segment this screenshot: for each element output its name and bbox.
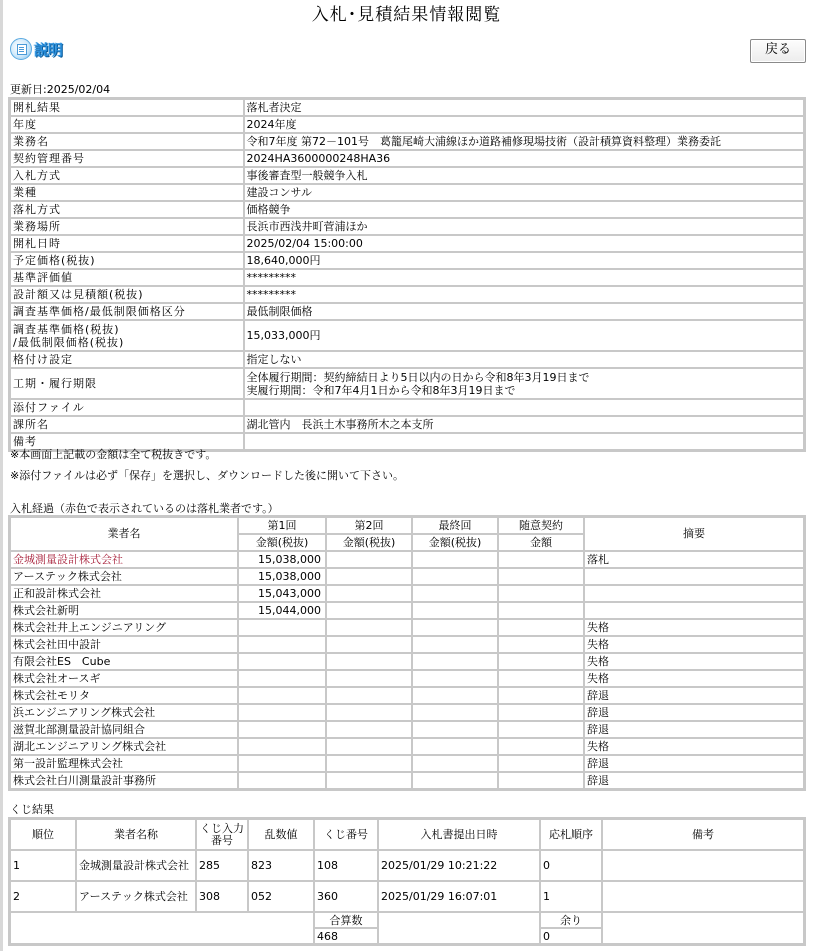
round1-amount <box>238 653 326 670</box>
negotiated-amount <box>498 687 584 704</box>
info-label: 設計額又は見積額(税抜) <box>10 286 244 303</box>
help-label: 説明 <box>34 39 62 60</box>
bid-order-cell: 0 <box>540 850 602 881</box>
bid-remarks: 辞退 <box>584 704 804 721</box>
round1-amount <box>238 755 326 772</box>
info-value-text: 15,033,000円 <box>247 329 801 342</box>
random-value-cell: 823 <box>248 850 314 881</box>
info-row: 基準評価値********* <box>10 269 804 286</box>
info-label: 契約管理番号 <box>10 150 244 167</box>
info-label: 年度 <box>10 116 244 133</box>
negotiated-amount <box>498 602 584 619</box>
info-label-text: 開札結果 <box>13 101 241 115</box>
tax-note: ※本画面上記載の金額は全て税抜きです。 <box>10 446 216 462</box>
round1-amount: 15,038,000 <box>238 551 326 568</box>
col-negotiated-amount: 金額 <box>498 534 584 551</box>
bid-row: アーステック株式会社15,038,000 <box>10 568 804 585</box>
col-random-value: 乱数値 <box>248 819 314 850</box>
bidder-name: 浜エンジニアリング株式会社 <box>10 704 238 721</box>
bid-remarks: 失格 <box>584 670 804 687</box>
random-value-cell: 052 <box>248 881 314 912</box>
negotiated-amount <box>498 568 584 585</box>
info-value <box>244 433 804 450</box>
round2-amount <box>326 585 412 602</box>
remainder-label: 余り <box>540 912 602 928</box>
round1-amount <box>238 721 326 738</box>
info-label: 開札日時 <box>10 235 244 252</box>
total-value: 468 <box>314 928 378 944</box>
bidder-name: 株式会社井上エンジニアリング <box>10 619 238 636</box>
bidder-name: アーステック株式会社 <box>10 568 238 585</box>
round1-amount <box>238 738 326 755</box>
info-value: 全体履行期間：契約締結日より5日以内の日から令和8年3月19日まで実履行期間：令… <box>244 368 804 399</box>
bidder-name: 株式会社田中設計 <box>10 636 238 653</box>
bid-remarks: 辞退 <box>584 755 804 772</box>
info-value-text-2: 実履行期間：令和7年4月1日から令和8年3月19日まで <box>247 384 801 397</box>
bid-remarks <box>584 585 804 602</box>
lottery-input-number-cell: 285 <box>196 850 248 881</box>
summary-spacer <box>10 912 314 944</box>
info-label-text: 添付ファイル <box>13 401 241 415</box>
bidder-name: 金城測量設計株式会社 <box>10 551 238 568</box>
bid-row: 湖北エンジニアリング株式会社失格 <box>10 738 804 755</box>
info-label-text: 格付け設定 <box>13 353 241 367</box>
final-amount <box>412 568 498 585</box>
col-remarks: 備考 <box>602 819 804 850</box>
round2-amount <box>326 755 412 772</box>
info-label-text: 工期・履行期限 <box>13 377 241 390</box>
round1-amount: 15,043,000 <box>238 585 326 602</box>
info-row: 落札方式価格競争 <box>10 201 804 218</box>
bid-row: 金城測量設計株式会社15,038,000落札 <box>10 551 804 568</box>
info-value-text: ********* <box>247 271 801 285</box>
lottery-remarks-cell <box>602 850 804 881</box>
info-value-text: 全体履行期間：契約締結日より5日以内の日から令和8年3月19日まで <box>247 371 801 384</box>
info-value-text: 価格競争 <box>247 203 801 217</box>
final-amount <box>412 738 498 755</box>
info-row: 調査基準価格(税抜)/最低制限価格(税抜)15,033,000円 <box>10 320 804 351</box>
round1-amount: 15,038,000 <box>238 568 326 585</box>
bid-remarks: 失格 <box>584 619 804 636</box>
lottery-number-cell: 108 <box>314 850 378 881</box>
bidder-name: 株式会社モリタ <box>10 687 238 704</box>
page-title: 入札･見積結果情報閲覧 <box>0 3 813 27</box>
info-label-text: 調査基準価格(税抜) <box>13 323 241 336</box>
back-button[interactable]: 戻る <box>750 39 806 63</box>
lottery-table: 順位 業者名称 くじ入力番号 乱数値 くじ番号 入札書提出日時 応札順序 備考 … <box>8 817 806 946</box>
bidder-name: 正和設計株式会社 <box>10 585 238 602</box>
info-value-text: 湖北管内 長浜土木事務所木之本支所 <box>247 418 801 432</box>
negotiated-amount <box>498 653 584 670</box>
negotiated-amount <box>498 738 584 755</box>
negotiated-amount <box>498 670 584 687</box>
final-amount <box>412 704 498 721</box>
round2-amount <box>326 721 412 738</box>
final-amount <box>412 585 498 602</box>
info-value-text: 長浜市西浅井町菅浦ほか <box>247 220 801 234</box>
lottery-row: 2アーステック株式会社3080523602025/01/29 16:07:011 <box>10 881 804 912</box>
info-row: 添付ファイル <box>10 399 804 416</box>
negotiated-amount <box>498 772 584 789</box>
info-label-text-2: /最低制限価格(税抜) <box>13 336 241 349</box>
negotiated-amount <box>498 636 584 653</box>
info-label-text: 契約管理番号 <box>13 152 241 166</box>
col-lottery-input-number: くじ入力番号 <box>196 819 248 850</box>
info-value-text: 落札者決定 <box>247 101 801 115</box>
col-round2: 第2回 <box>326 517 412 534</box>
col-round1: 第1回 <box>238 517 326 534</box>
final-amount <box>412 755 498 772</box>
info-value-text: 建設コンサル <box>247 186 801 200</box>
negotiated-amount <box>498 551 584 568</box>
info-value: 事後審査型一般競争入札 <box>244 167 804 184</box>
bid-remarks: 落札 <box>584 551 804 568</box>
lottery-caption: くじ結果 <box>10 801 54 817</box>
round2-amount <box>326 568 412 585</box>
info-label-text: 設計額又は見積額(税抜) <box>13 288 241 302</box>
bid-remarks: 失格 <box>584 738 804 755</box>
bid-row: 株式会社オースギ失格 <box>10 670 804 687</box>
round2-amount <box>326 636 412 653</box>
remainder-value: 0 <box>540 928 602 944</box>
info-label: 予定価格(税抜) <box>10 252 244 269</box>
final-amount <box>412 687 498 704</box>
final-amount <box>412 619 498 636</box>
info-value: ********* <box>244 269 804 286</box>
negotiated-amount <box>498 755 584 772</box>
summary-spacer-3 <box>602 912 804 944</box>
bid-row: 株式会社田中設計失格 <box>10 636 804 653</box>
info-value[interactable] <box>244 399 804 416</box>
submitted-at-cell: 2025/01/29 10:21:22 <box>378 850 540 881</box>
info-value: 建設コンサル <box>244 184 804 201</box>
info-label: 添付ファイル <box>10 399 244 416</box>
info-label: 入札方式 <box>10 167 244 184</box>
final-amount <box>412 721 498 738</box>
col-round2-amount: 金額(税抜) <box>326 534 412 551</box>
info-value: 2024年度 <box>244 116 804 133</box>
round2-amount <box>326 704 412 721</box>
col-negotiated: 随意契約 <box>498 517 584 534</box>
document-icon <box>10 38 32 60</box>
info-label-text: 基準評価値 <box>13 271 241 285</box>
company-name-cell: アーステック株式会社 <box>76 881 196 912</box>
negotiated-amount <box>498 704 584 721</box>
info-value-text: 2024年度 <box>247 118 801 132</box>
info-label-text: 業務場所 <box>13 220 241 234</box>
info-label-text: 入札方式 <box>13 169 241 183</box>
info-label-text: 課所名 <box>13 418 241 432</box>
info-label-text: 業務名 <box>13 135 241 149</box>
col-final: 最終回 <box>412 517 498 534</box>
info-row: 年度2024年度 <box>10 116 804 133</box>
info-label: 課所名 <box>10 416 244 433</box>
final-amount <box>412 602 498 619</box>
company-name-cell: 金城測量設計株式会社 <box>76 850 196 881</box>
info-value: 指定しない <box>244 351 804 368</box>
info-value-text: 令和7年度 第72－101号 葛籠尾崎大浦線ほか道路補修現場技術（設計積算資料整… <box>247 135 801 149</box>
col-remarks: 摘要 <box>584 517 804 551</box>
total-label: 合算数 <box>314 912 378 928</box>
bid-history-caption: 入札経過（赤色で表示されているのは落札業者です。） <box>10 500 279 516</box>
col-final-amount: 金額(税抜) <box>412 534 498 551</box>
info-value: 18,640,000円 <box>244 252 804 269</box>
info-label-text: 業種 <box>13 186 241 200</box>
info-value-text: ********* <box>247 288 801 302</box>
info-value-text: 指定しない <box>247 353 801 367</box>
round2-amount <box>326 738 412 755</box>
rank-cell: 2 <box>10 881 76 912</box>
final-amount <box>412 653 498 670</box>
info-value: 落札者決定 <box>244 99 804 116</box>
info-row: 工期・履行期限全体履行期間：契約締結日より5日以内の日から令和8年3月19日まで… <box>10 368 804 399</box>
bid-order-cell: 1 <box>540 881 602 912</box>
final-amount <box>412 670 498 687</box>
info-label: 調査基準価格(税抜)/最低制限価格(税抜) <box>10 320 244 351</box>
lottery-number-cell: 360 <box>314 881 378 912</box>
bid-remarks: 失格 <box>584 653 804 670</box>
info-value: 湖北管内 長浜土木事務所木之本支所 <box>244 416 804 433</box>
info-value: 令和7年度 第72－101号 葛籠尾崎大浦線ほか道路補修現場技術（設計積算資料整… <box>244 133 804 150</box>
round1-amount <box>238 619 326 636</box>
info-row: 開札日時2025/02/04 15:00:00 <box>10 235 804 252</box>
info-label: 開札結果 <box>10 99 244 116</box>
round2-amount <box>326 602 412 619</box>
info-row: 格付け設定指定しない <box>10 351 804 368</box>
info-row: 業務名令和7年度 第72－101号 葛籠尾崎大浦線ほか道路補修現場技術（設計積算… <box>10 133 804 150</box>
bidder-name: 滋賀北部測量設計協同組合 <box>10 721 238 738</box>
col-submitted-at: 入札書提出日時 <box>378 819 540 850</box>
bid-remarks: 辞退 <box>584 687 804 704</box>
bid-row: 第一設計監理株式会社辞退 <box>10 755 804 772</box>
bid-info-table: 開札結果落札者決定年度2024年度業務名令和7年度 第72－101号 葛籠尾崎大… <box>8 97 806 452</box>
submitted-at-cell: 2025/01/29 16:07:01 <box>378 881 540 912</box>
info-row: 設計額又は見積額(税抜)********* <box>10 286 804 303</box>
attachment-note: ※添付ファイルは必ず「保存」を選択し、ダウンロードした後に開いて下さい。 <box>10 467 404 483</box>
round2-amount <box>326 670 412 687</box>
window-left-edge <box>0 0 3 951</box>
bid-row: 株式会社井上エンジニアリング失格 <box>10 619 804 636</box>
bidder-name: 第一設計監理株式会社 <box>10 755 238 772</box>
info-value: 価格競争 <box>244 201 804 218</box>
lottery-remarks-cell <box>602 881 804 912</box>
col-bid-order: 応札順序 <box>540 819 602 850</box>
info-value: ********* <box>244 286 804 303</box>
info-label-text: 調査基準価格/最低制限価格区分 <box>13 305 241 319</box>
bid-row: 浜エンジニアリング株式会社辞退 <box>10 704 804 721</box>
round2-amount <box>326 551 412 568</box>
info-value-text: 2024HA3600000248HA36 <box>247 152 801 166</box>
bid-row: 株式会社モリタ辞退 <box>10 687 804 704</box>
info-value: 最低制限価格 <box>244 303 804 320</box>
info-row: 調査基準価格/最低制限価格区分最低制限価格 <box>10 303 804 320</box>
bidder-name: 株式会社新明 <box>10 602 238 619</box>
info-value: 長浜市西浅井町菅浦ほか <box>244 218 804 235</box>
bid-remarks: 辞退 <box>584 721 804 738</box>
bid-history-table: 業者名 第1回 第2回 最終回 随意契約 摘要 金額(税抜) 金額(税抜) 金額… <box>8 515 806 791</box>
bidder-name: 株式会社オースギ <box>10 670 238 687</box>
round2-amount <box>326 653 412 670</box>
col-round1-amount: 金額(税抜) <box>238 534 326 551</box>
info-label: 業務場所 <box>10 218 244 235</box>
bid-row: 株式会社白川測量設計事務所辞退 <box>10 772 804 789</box>
info-label: 業務名 <box>10 133 244 150</box>
round1-amount <box>238 704 326 721</box>
info-value: 2025/02/04 15:00:00 <box>244 235 804 252</box>
final-amount <box>412 636 498 653</box>
info-label: 格付け設定 <box>10 351 244 368</box>
updated-date: 更新日:2025/02/04 <box>10 81 110 97</box>
round2-amount <box>326 619 412 636</box>
info-label: 業種 <box>10 184 244 201</box>
info-row: 契約管理番号2024HA3600000248HA36 <box>10 150 804 167</box>
lottery-input-number-cell: 308 <box>196 881 248 912</box>
rank-cell: 1 <box>10 850 76 881</box>
info-row: 業種建設コンサル <box>10 184 804 201</box>
bid-row: 正和設計株式会社15,043,000 <box>10 585 804 602</box>
final-amount <box>412 772 498 789</box>
final-amount <box>412 551 498 568</box>
col-rank: 順位 <box>10 819 76 850</box>
bidder-name: 湖北エンジニアリング株式会社 <box>10 738 238 755</box>
bid-row: 株式会社新明15,044,000 <box>10 602 804 619</box>
info-value-text: 最低制限価格 <box>247 305 801 319</box>
info-label-text: 落札方式 <box>13 203 241 217</box>
summary-spacer-2 <box>378 912 540 944</box>
info-label: 工期・履行期限 <box>10 368 244 399</box>
info-label: 調査基準価格/最低制限価格区分 <box>10 303 244 320</box>
round1-amount: 15,044,000 <box>238 602 326 619</box>
bidder-name: 株式会社白川測量設計事務所 <box>10 772 238 789</box>
round1-amount <box>238 670 326 687</box>
round1-amount <box>238 687 326 704</box>
negotiated-amount <box>498 721 584 738</box>
info-row: 開札結果落札者決定 <box>10 99 804 116</box>
info-label-text: 開札日時 <box>13 237 241 251</box>
info-label-text: 年度 <box>13 118 241 132</box>
negotiated-amount <box>498 619 584 636</box>
info-value: 2024HA3600000248HA36 <box>244 150 804 167</box>
bid-row: 有限会社ES Cube失格 <box>10 653 804 670</box>
col-company: 業者名 <box>10 517 238 551</box>
bid-row: 滋賀北部測量設計協同組合辞退 <box>10 721 804 738</box>
info-row: 入札方式事後審査型一般競争入札 <box>10 167 804 184</box>
negotiated-amount <box>498 585 584 602</box>
round1-amount <box>238 636 326 653</box>
bid-remarks <box>584 568 804 585</box>
bid-remarks <box>584 602 804 619</box>
info-label: 基準評価値 <box>10 269 244 286</box>
info-row: 課所名湖北管内 長浜土木事務所木之本支所 <box>10 416 804 433</box>
help-link[interactable]: 説明 <box>10 38 62 60</box>
bid-remarks: 辞退 <box>584 772 804 789</box>
info-row: 予定価格(税抜)18,640,000円 <box>10 252 804 269</box>
round1-amount <box>238 772 326 789</box>
info-value: 15,033,000円 <box>244 320 804 351</box>
info-value-text: 事後審査型一般競争入札 <box>247 169 801 183</box>
col-lottery-number: くじ番号 <box>314 819 378 850</box>
info-row: 業務場所長浜市西浅井町菅浦ほか <box>10 218 804 235</box>
lottery-row: 1金城測量設計株式会社2858231082025/01/29 10:21:220 <box>10 850 804 881</box>
bid-remarks: 失格 <box>584 636 804 653</box>
info-label-text: 予定価格(税抜) <box>13 254 241 268</box>
info-value-text: 2025/02/04 15:00:00 <box>247 237 801 251</box>
info-label: 落札方式 <box>10 201 244 218</box>
bidder-name: 有限会社ES Cube <box>10 653 238 670</box>
round2-amount <box>326 772 412 789</box>
round2-amount <box>326 687 412 704</box>
info-value-text: 18,640,000円 <box>247 254 801 268</box>
col-company-name: 業者名称 <box>76 819 196 850</box>
